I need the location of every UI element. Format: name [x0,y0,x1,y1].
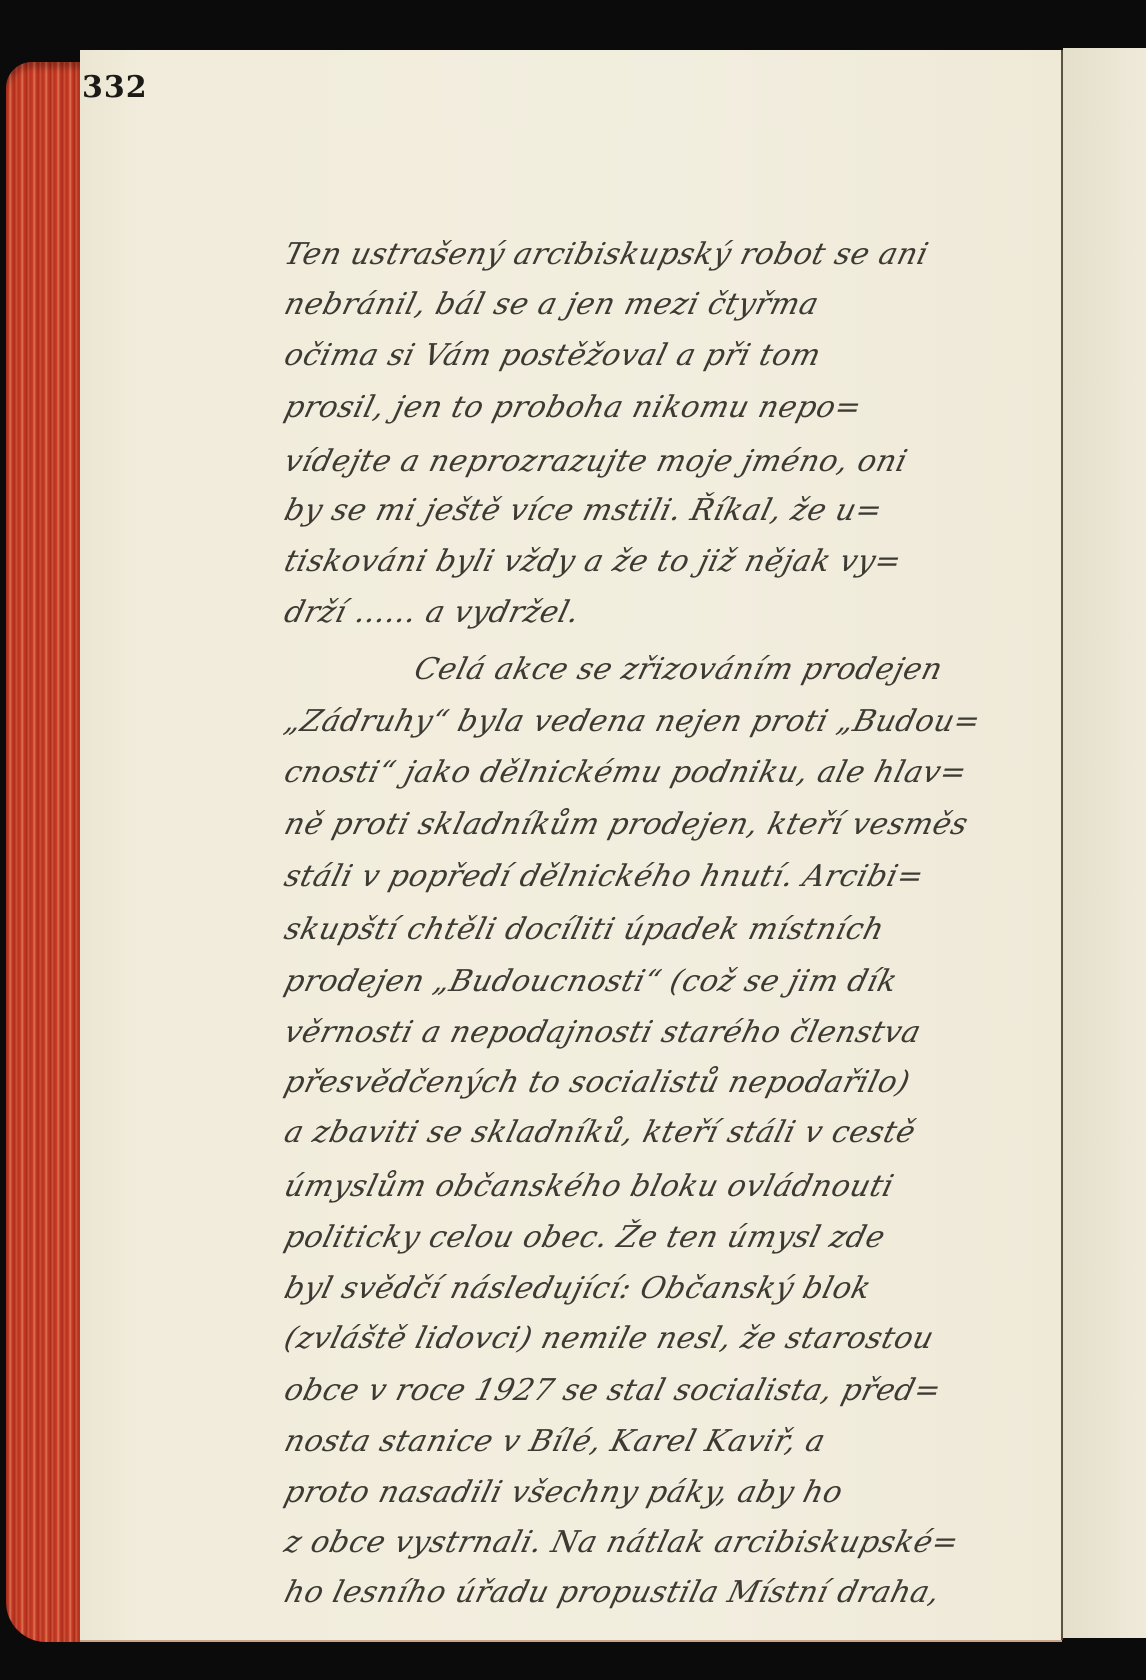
facing-page-edge [1063,48,1146,1638]
book-red-page-edges [6,62,82,1642]
page-number: 332 [82,70,148,105]
